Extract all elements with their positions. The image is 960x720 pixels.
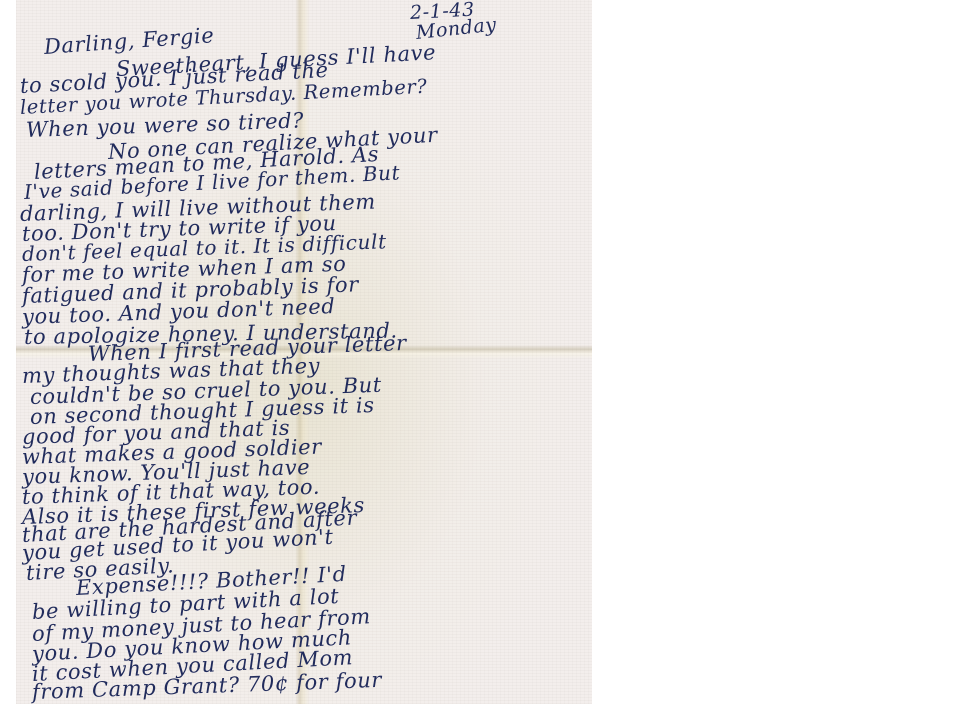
letter-page: 2-1-43 Monday Darling, Fergie Sweetheart… <box>16 0 592 704</box>
